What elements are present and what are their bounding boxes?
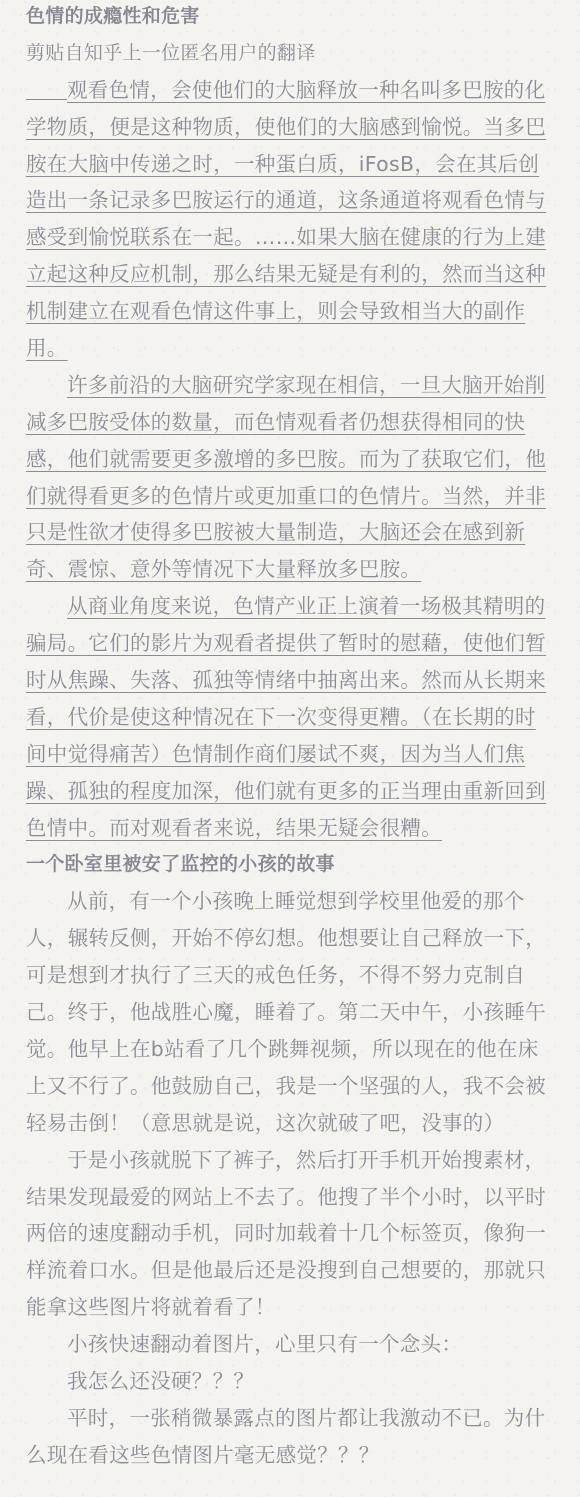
story-paragraph-4: 我怎么还没硬？？？ [26,1363,566,1400]
text-line: 感，他们就需要更多激增的多巴胺。而为了获取它们，他 [26,447,546,471]
text-line: 间中觉得痛苦）色情制作商们屡试不爽，因为当人们焦 [26,742,525,766]
text-line: 减多巴胺受体的数量，而色情观看者仍想获得相同的快 [26,410,525,434]
paragraph-receptor-reduction: 许多前沿的大脑研究学家现在相信，一旦大脑开始削 减多巴胺受体的数量，而色情观看者… [26,367,566,588]
story-paragraph-2: 于是小孩就脱下了裤子，然后打开手机开始搜素材， 结果发现最爱的网站上不去了。他搜… [26,1142,566,1326]
paragraph-commercial-angle: 从商业角度来说，色情产业正上演着一场极其精明的 骗局。它们的影片为观看者提供了暂… [26,588,566,846]
text-line: 奇、震惊、意外等情况下大量释放多巴胺。 [26,557,421,581]
text-line: 学物质，便是这种物质，使他们的大脑感到愉悦。当多巴 [26,115,546,139]
text-line: 样流着口水。但是他最后还是没搜到自己想要的，那就只 [26,1258,546,1282]
text-line: 们就得看更多的色情片或更加重口的色情片。当然，并非 [26,484,546,508]
text-line: 从商业角度来说，色情产业正上演着一场极其精明的 [67,594,545,618]
text-line: 胺在大脑中传递之时，一种蛋白质，iFosB，会在其后创 [26,152,539,176]
text-line: 骗局。它们的影片为观看者提供了暂时的慰藉，使他们暂 [26,631,546,655]
text-line: 立起这种反应机制，那么结果无疑是有利的，然而当这种 [26,262,546,286]
text-line: 人，辗转反侧，开始不停幻想。他想要让自己释放一下， [26,926,546,950]
text-line: 从前，有一个小孩晚上睡觉想到学校里他爱的那个 [67,889,525,913]
text-line: 轻易击倒！（意思就是说，这次就破了吧，没事的） [26,1111,504,1135]
text-line: 造出一条记录多巴胺运行的通道，这条通道将观看色情与 [26,188,546,212]
paragraph-dopamine-mechanism: 观看色情，会使他们的大脑释放一种名叫多巴胺的化 学物质，便是这种物质，使他们的大… [26,72,566,367]
paragraph-indent [26,592,67,616]
document: 色情的成瘾性和危害 剪贴自知乎上一位匿名用户的翻译 观看色情，会使他们的大脑释放… [26,0,566,1474]
text-line: 只是性欲才使得多巴胺被大量制造，大脑还会在感到新 [26,520,525,544]
text-line: 观看色情，会使他们的大脑释放一种名叫多巴胺的化 [67,78,545,102]
text-line: 时从焦躁、失落、孤独等情绪中抽离出来。然而从长期来 [26,668,546,692]
section-heading: 一个卧室里被安了监控的小孩的故事 [26,846,566,883]
text-line: 用。 [26,336,68,360]
document-title: 色情的成瘾性和危害 [26,0,566,35]
text-line: 于是小孩就脱下了裤子，然后打开手机开始搜素材， [67,1148,545,1172]
text-line: 我怎么还没硬？？？ [67,1369,254,1393]
document-subtitle: 剪贴自知乎上一位匿名用户的翻译 [26,35,566,72]
text-line: 感受到愉悦联系在一起。……如果大脑在健康的行为上建 [26,225,546,249]
text-line: 己。终于，他战胜心魔，睡着了。第二天中午，小孩睡午 [26,1000,546,1024]
text-line: 觉。他早上在b站看了几个跳舞视频，所以现在的他在床 [26,1037,539,1061]
text-line: 可是想到才执行了三天的戒色任务，不得不努力克制自 [26,963,525,987]
story-paragraph-3: 小孩快速翻动着图片，心里只有一个念头： [26,1326,566,1363]
text-line: 么现在看这些色情图片毫无感觉？？？ [26,1443,380,1467]
story-paragraph-5: 平时，一张稍微暴露点的图片都让我激动不已。为什 么现在看这些色情图片毫无感觉？？… [26,1400,566,1474]
text-line: 小孩快速翻动着图片，心里只有一个念头： [67,1332,462,1356]
text-line: 许多前沿的大脑研究学家现在相信，一旦大脑开始削 [67,373,545,397]
text-line: 能拿这些图片将就着看了！ [26,1295,276,1319]
text-line: 上又不行了。他鼓励自己，我是一个坚强的人，我不会被 [26,1074,546,1098]
text-line: 看，代价是使这种情况在下一次变得更糟。（在长期的时 [26,705,536,729]
text-line: 机制建立在观看色情这件事上，则会导致相当大的副作 [26,299,525,323]
text-line: 躁、孤独的程度加深，他们就有更多的正当理由重新回到 [26,779,546,803]
paragraph-indent [26,371,67,395]
text-line: 结果发现最爱的网站上不去了。他搜了半个小时，以平时 [26,1185,546,1209]
text-line: 色情中。而对观看者来说，结果无疑会很糟。 [26,816,442,840]
text-line: 两倍的速度翻动手机，同时加载着十几个标签页，像狗一 [26,1221,546,1245]
story-paragraph-1: 从前，有一个小孩晚上睡觉想到学校里他爱的那个 人，辗转反侧，开始不停幻想。他想要… [26,883,566,1141]
paragraph-indent [26,76,67,100]
text-line: 平时，一张稍微暴露点的图片都让我激动不已。为什 [67,1406,545,1430]
